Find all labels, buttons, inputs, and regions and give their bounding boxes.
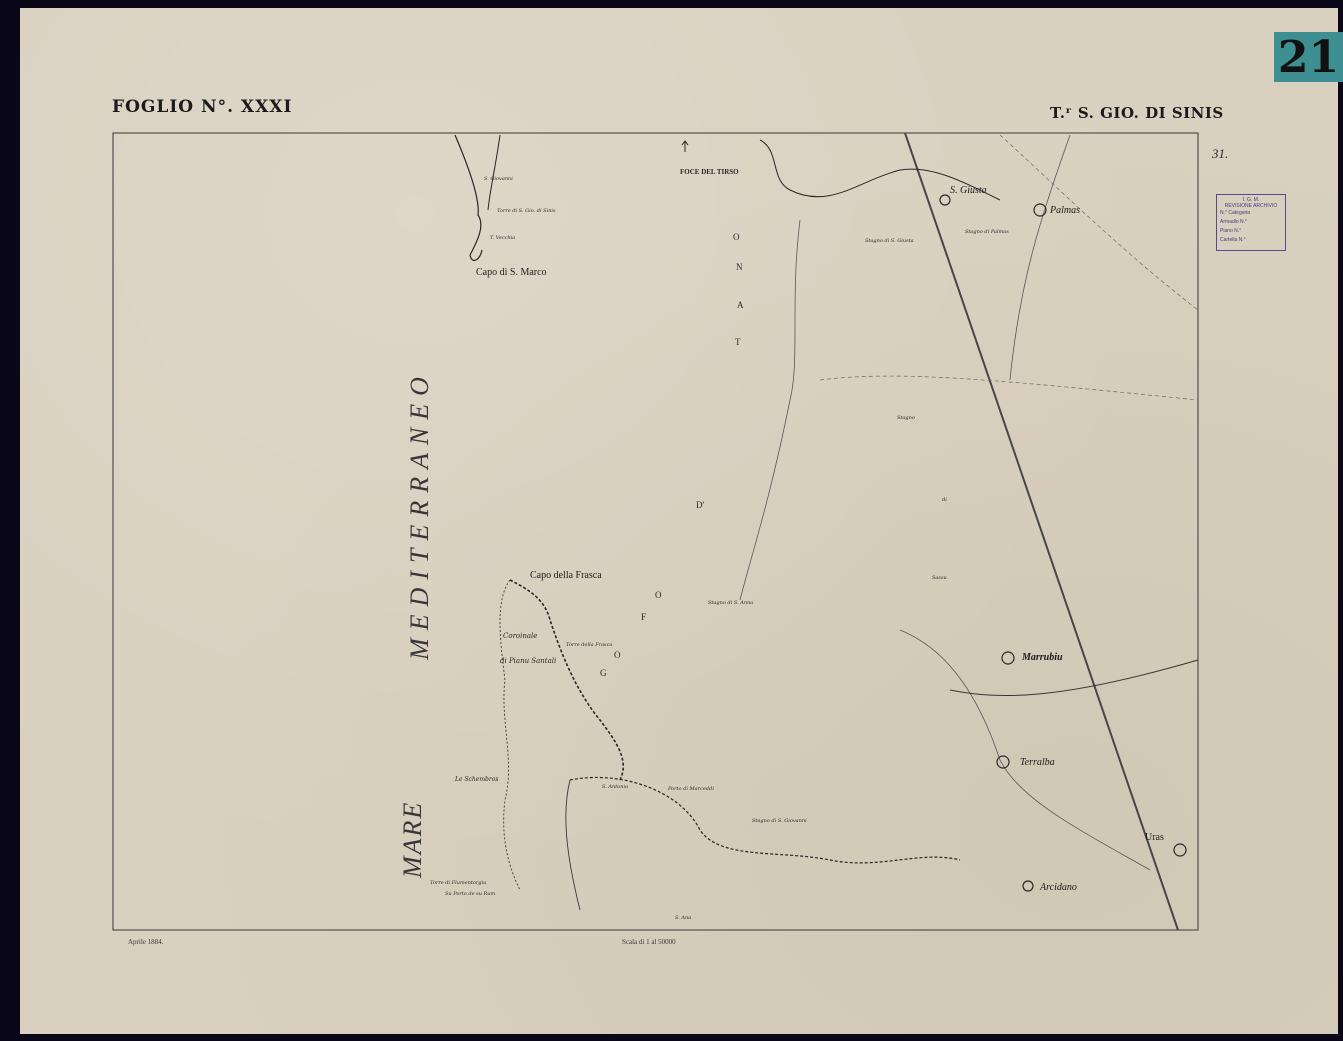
sea-label-mediterraneo: MEDITERRANEO (405, 369, 435, 660)
town-s-giusta: S. Giusta (950, 185, 987, 196)
label-capo-marco: Capo di S. Marco (476, 267, 547, 278)
sheet-locality-title: T.ʳ S. GIO. DI SINIS (1050, 104, 1224, 122)
map-drawing (0, 0, 1343, 1041)
handwritten-number: 31. (1212, 146, 1228, 162)
town-palmas: Palmas (1050, 205, 1080, 216)
sea-label-mare: MARE (398, 801, 428, 878)
archive-stamp: I. G. M. REVISIONE ARCHIVIO N.° Categori… (1216, 194, 1286, 251)
town-terralba: Terralba (1020, 757, 1055, 768)
town-marrubiu: Marrubiu (1022, 652, 1063, 663)
footer-date: Aprile 1884. (128, 938, 163, 946)
label-capo-frasca: Capo della Frasca (530, 570, 602, 581)
town-uras: Uras (1145, 832, 1164, 843)
footer-scale: Scala di 1 al 50000 (622, 938, 676, 946)
sheet-number-badge: 21 (1274, 32, 1343, 82)
label-foce-tirso: FOCE DEL TIRSO (680, 168, 739, 176)
town-arcidano: Arcidano (1040, 882, 1077, 893)
sheet-title: FOGLIO N°. XXXI (112, 97, 292, 117)
